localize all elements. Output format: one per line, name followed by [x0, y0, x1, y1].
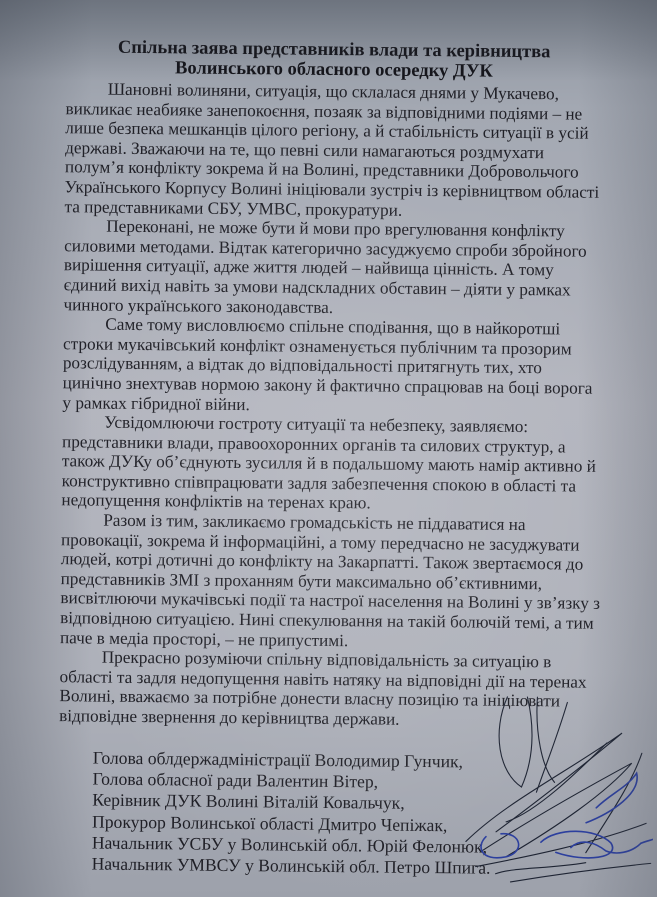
document-title: Спільна заява представників влади та кер… [64, 37, 604, 83]
paragraph: Шановні волиняни, ситуація, що склалася … [64, 79, 605, 222]
signatories-list: Голова облдержадміністрації Володимир Гу… [92, 748, 573, 880]
paragraph: Саме тому висловлюємо спільне сподівання… [62, 314, 603, 418]
paragraph: Прекрасно розуміючи спільну відповідальн… [59, 647, 600, 731]
paragraph: Разом із тим, закликаємо громадськість н… [60, 510, 601, 653]
document-page: Спільна заява представників влади та кер… [0, 0, 657, 897]
paragraph: Усвідомлюючи гостроту ситуації та небезп… [61, 412, 602, 516]
signatory: Начальник УМВСУ у Волинській обл. Петро … [92, 854, 572, 880]
paragraph: Переконані, не може бути й мови про врег… [63, 216, 604, 320]
document-body: Шановні волиняни, ситуація, що склалася … [59, 79, 606, 731]
